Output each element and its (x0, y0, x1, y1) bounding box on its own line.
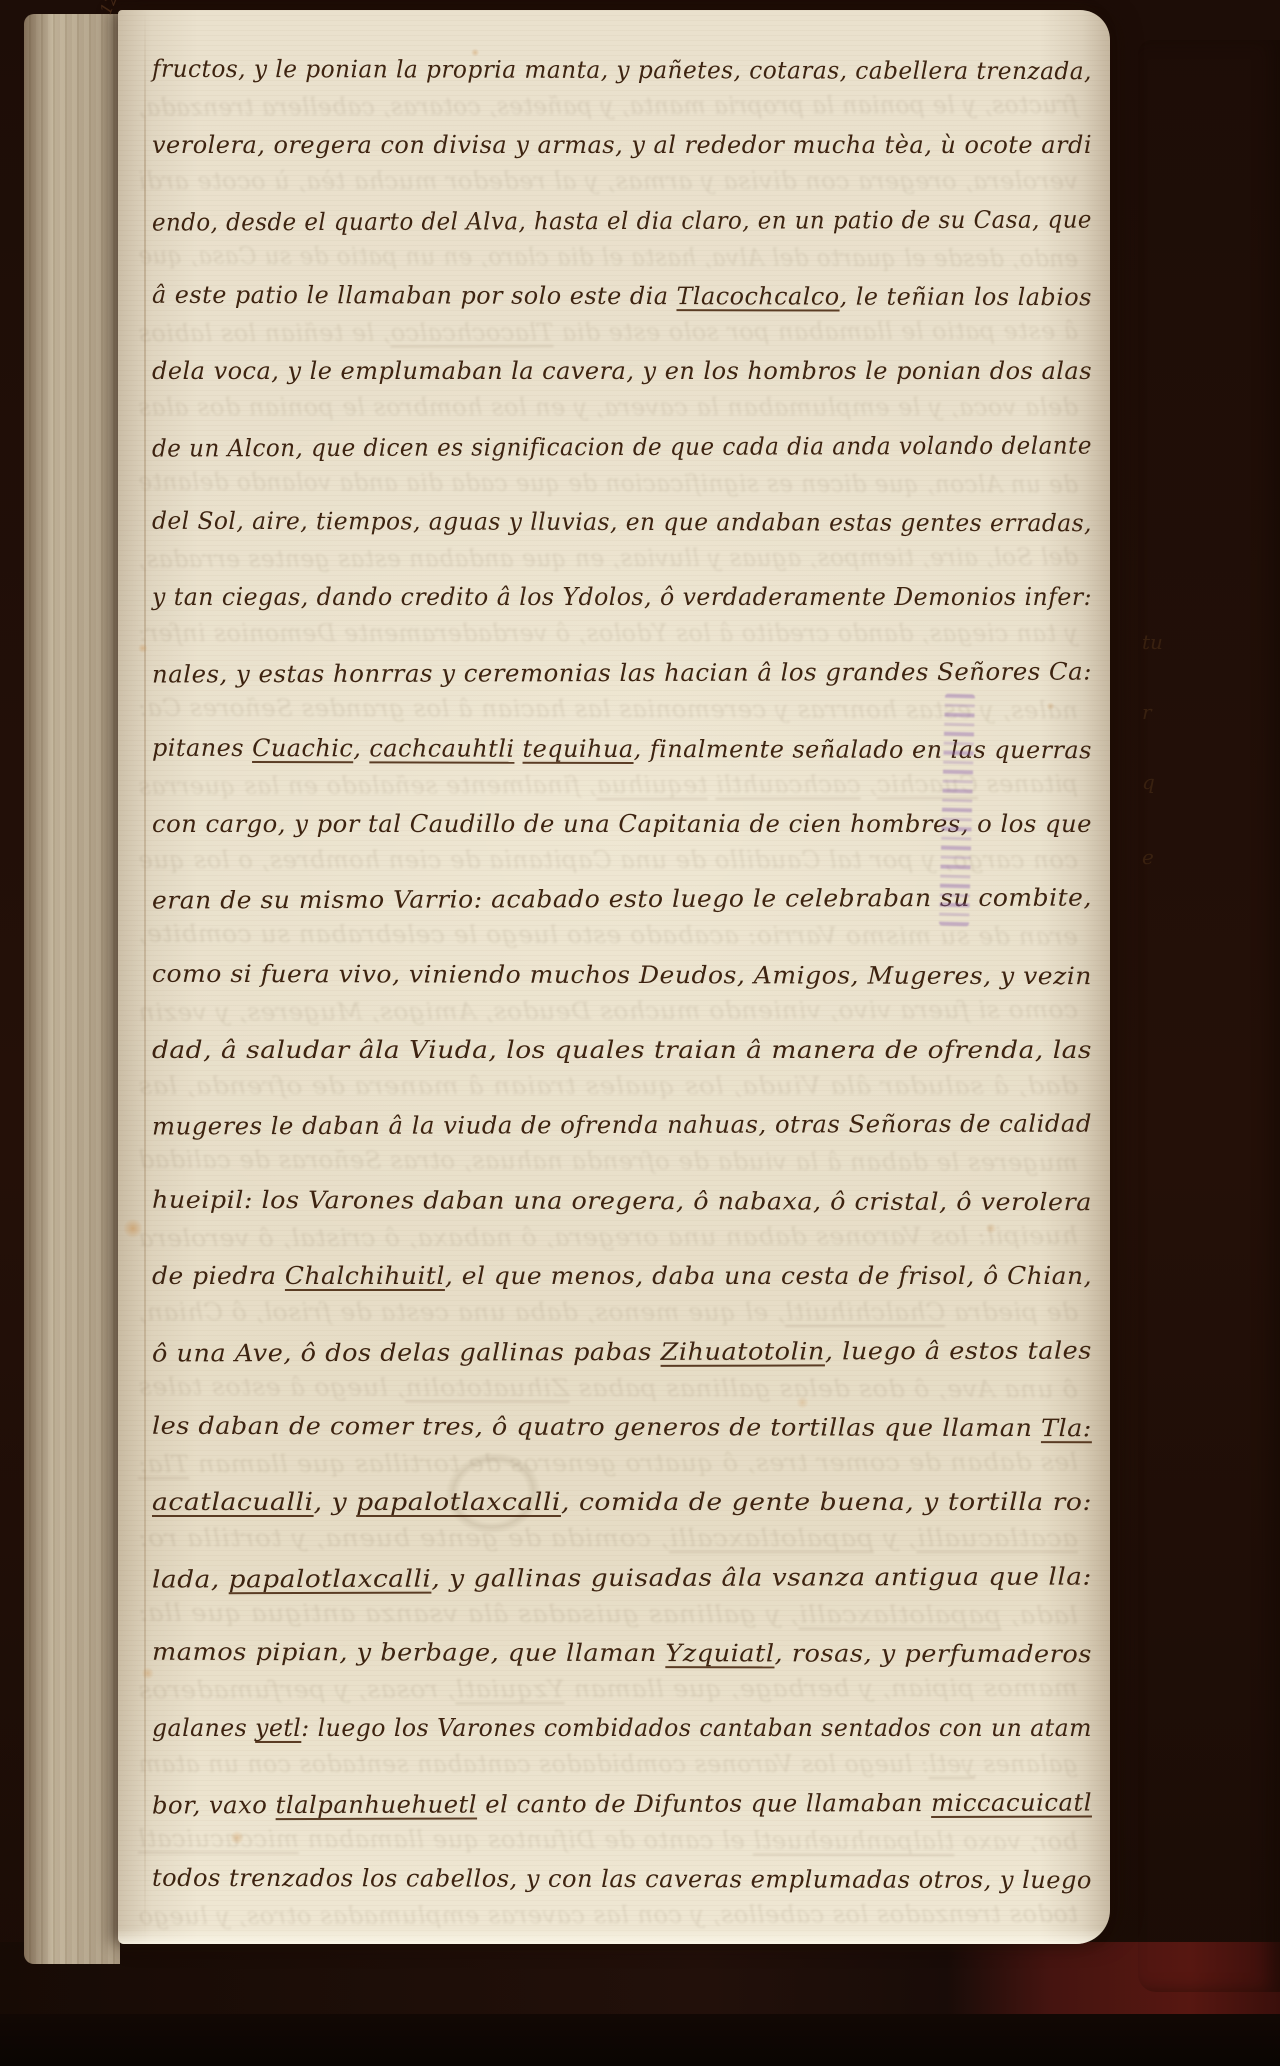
manuscript-line: dela voca, y le emplumaban la cavera, y … (152, 334, 1098, 409)
manuscript-line: verolera, oregera con divisa y armas, y … (152, 107, 1098, 182)
manuscript-line: bor, vaxo tlalpanhuehuetl el canto de Di… (152, 1764, 1098, 1842)
underlined-term: Zihuatotolin (661, 1337, 825, 1366)
ink-stamp (939, 694, 975, 927)
underlined-term: yetl (255, 1714, 301, 1742)
edge-text-fragment: tu (1142, 630, 1162, 654)
manuscript-line: les daban de comer tres, ô quatro genero… (152, 1388, 1098, 1466)
manuscript-line: como si fuera vivo, viniendo muchos Deud… (152, 935, 1098, 1013)
manuscript-line: mamos pipian, y berbage, que llaman Yzqu… (152, 1614, 1098, 1692)
handwritten-text-block: fructos, y le ponian la propria manta, y… (152, 32, 1098, 1917)
photo-bottom-shadow (0, 2014, 1280, 2066)
manuscript-line: de un Alcon, que dicen es significacion … (152, 407, 1098, 485)
manuscript-line: galanes yetl: luego los Varones combidad… (152, 1691, 1098, 1766)
manuscript-line: todos trenzados los cabellos, y con las … (152, 1840, 1098, 1918)
edge-text-fragment: r (1142, 700, 1162, 724)
underlined-term: Tla: (1041, 1414, 1092, 1442)
manuscript-page: fructos, y le ponian la propria manta, y… (118, 10, 1110, 1944)
manuscript-line: ô una Ave, ô dos delas gallinas pabas Zi… (152, 1312, 1098, 1390)
manuscript-line: del Sol, aire, tiempos, aguas y lluvias,… (152, 483, 1098, 561)
manuscript-line: lada, papalotlaxcalli, y gallinas guisad… (152, 1538, 1098, 1616)
manuscript-line: de piedra Chalchihuitl, el que menos, da… (152, 1238, 1098, 1313)
underlined-term: Tlacochcalco (676, 282, 839, 310)
edge-text-fragment: e (1142, 845, 1162, 869)
manuscript-line: y tan ciegas, dando credito â los Ydolos… (152, 560, 1098, 635)
underlined-term: miccacuicatl (931, 1788, 1092, 1817)
edge-text-fragment: q (1142, 770, 1162, 794)
manuscript-line: acatlacualli, y papalotlaxcalli, comida … (152, 1464, 1098, 1539)
underlined-term: cachcauhtli (369, 734, 514, 762)
manuscript-line: dad, â saludar âla Viuda, los quales tra… (152, 1012, 1098, 1087)
underlined-term: Cuachic (252, 733, 353, 761)
underlined-term: papalotlaxcalli (229, 1564, 432, 1593)
page-stack-left-edge (24, 14, 120, 1964)
underlying-page-edge (1138, 40, 1280, 1992)
underlined-term: Chalchihuitl (285, 1262, 445, 1290)
manuscript-line: â este patio le llamaban por solo este d… (152, 257, 1098, 335)
underlined-term: papalotlaxcalli (356, 1488, 561, 1516)
margin-crease (144, 10, 146, 1944)
underlined-term: tequihua (523, 734, 634, 762)
underlined-term: acatlacualli (152, 1488, 314, 1516)
manuscript-line: fructos, y le ponian la propria manta, y… (152, 31, 1098, 109)
manuscript-line: hueipil: los Varones daban una oregera, … (152, 1162, 1098, 1240)
underlined-term: Yzquiatl (665, 1639, 774, 1667)
manuscript-line: endo, desde el quarto del Alva, hasta el… (152, 181, 1098, 259)
underlined-term: tlalpanhuehuetl (276, 1790, 478, 1819)
manuscript-line: mugeres le daban â la viuda de ofrenda n… (152, 1086, 1098, 1164)
book-photo: turqe fructos, y le ponian la propria ma… (0, 0, 1280, 2066)
